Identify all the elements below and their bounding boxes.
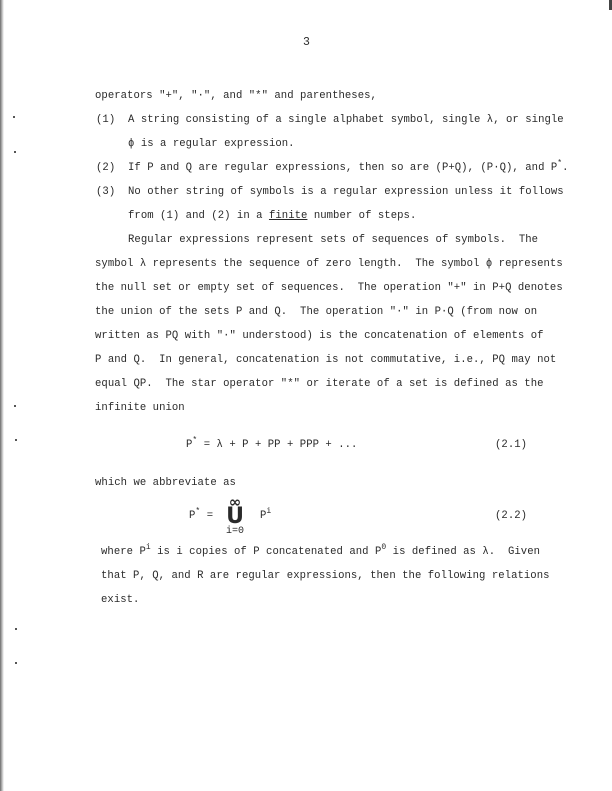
union-operator: ∞ U i=0 [224,496,246,538]
body-line: infinite union [95,402,185,414]
list-label-3: (3) [96,186,115,198]
equation-number-2-1: (2.1) [495,439,527,451]
paragraph-first-line: Regular expressions represent sets of se… [128,234,538,246]
scan-left-edge [0,0,4,791]
page-number: 3 [303,36,310,49]
list-item-2-text: If P and Q are regular expressions, then… [128,162,569,174]
scan-speck [14,151,16,153]
scan-speck [15,628,17,630]
equation-2-1: P* = λ + P + PP + PPP + ... [186,439,357,451]
list-item-3-cont: from (1) and (2) in a finite number of s… [128,210,416,222]
list-item-1-text: A string consisting of a single alphabet… [128,114,564,126]
body-line: the union of the sets P and Q. The opera… [95,306,537,318]
body-line: which we abbreviate as [95,477,236,489]
body-line: the null set or empty set of sequences. … [95,282,563,294]
body-line: operators "+", "·", and "*" and parenthe… [95,90,377,102]
body-line: written as PQ with "·" understood) is th… [95,330,544,342]
body-line: symbol λ represents the sequence of zero… [95,258,563,270]
body-line: P and Q. In general, concatenation is no… [95,354,556,366]
equation-2-2-body: Pi [260,510,271,522]
body-line: equal QP. The star operator "*" or itera… [95,378,544,390]
scan-speck [14,405,16,407]
union-icon: U [224,508,246,526]
equation-number-2-2: (2.2) [495,510,527,522]
list-label-2: (2) [96,162,115,174]
scan-speck [13,116,15,118]
scan-speck [15,439,17,441]
list-label-1: (1) [96,114,115,126]
list-item-1-cont: ϕ is a regular expression. [128,138,295,150]
body-line: that P, Q, and R are regular expressions… [101,570,550,582]
body-line: where Pi is i copies of P concatenated a… [101,546,540,558]
union-subscript: i=0 [224,526,246,538]
scan-speck [15,662,17,664]
underlined-word: finite [269,210,307,222]
equation-2-2-lhs: P* = [189,510,220,522]
list-item-3-text: No other string of symbols is a regular … [128,186,564,198]
body-line: exist. [101,594,139,606]
